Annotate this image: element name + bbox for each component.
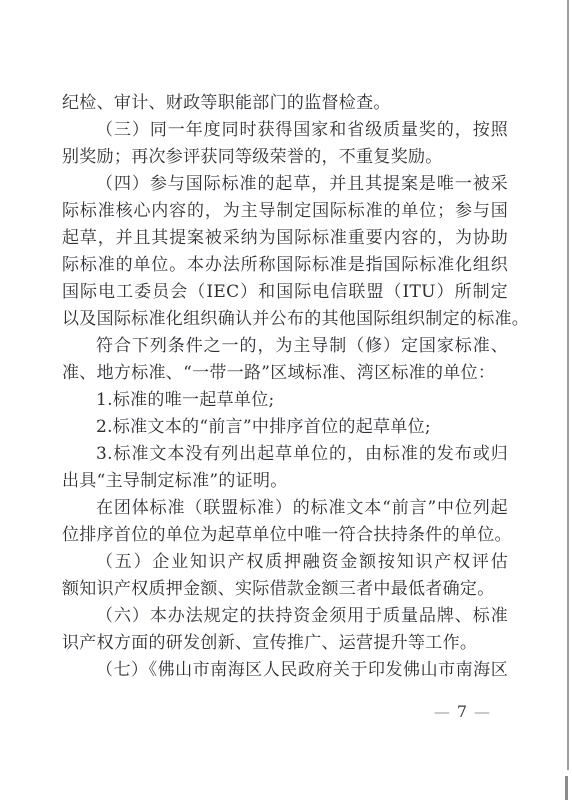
- text-line: （五）企业知识产权质押融资金额按知识产权评估值、最高: [62, 549, 508, 576]
- page-edge-line: [567, 0, 569, 770]
- text-line: 在团体标准（联盟标准）的标准文本“前言”中位列起草单: [62, 495, 508, 522]
- text-line: 符合下列条件之一的，为主导制（修）定国家标准、行业标: [62, 333, 508, 360]
- text-line: 3.标准文本没有列出起草单位的，由标准的发布或归口单位: [62, 441, 508, 468]
- text-line: 1.标准的唯一起草单位;: [62, 387, 508, 414]
- text-line: 以及国际标准化组织确认并公布的其他国际组织制定的标准。: [62, 306, 508, 333]
- text-line: 识产权方面的研发创新、宣传推广、运营提升等工作。: [62, 630, 508, 657]
- text-line: 准、地方标准、“一带一路”区域标准、湾区标准的单位：: [62, 360, 508, 387]
- document-text: 纪检、审计、财政等职能部门的监督检查。（三）同一年度同时获得国家和省级质量奖的，…: [62, 90, 508, 684]
- text-line: （三）同一年度同时获得国家和省级质量奖的，按照最高级: [62, 117, 508, 144]
- text-line: 位排序首位的单位为起草单位中唯一符合扶持条件的单位。: [62, 522, 508, 549]
- page-edge-line-bottom: [565, 776, 568, 800]
- text-line: 额知识产权质押金额、实际借款金额三者中最低者确定。: [62, 576, 508, 603]
- text-line: （六）本办法规定的扶持资金须用于质量品牌、标准化、知: [62, 603, 508, 630]
- text-line: 际标准核心内容的，为主导制定国际标准的单位；参与国际标准: [62, 198, 508, 225]
- text-line: 别奖励；再次参评获同等级荣誉的，不重复奖励。: [62, 144, 508, 171]
- page-footer: — 7 —: [434, 702, 490, 722]
- text-line: 起草，并且其提案被采纳为国际标准重要内容的，为协助制定国: [62, 225, 508, 252]
- text-line: 出具“主导制定标准”的证明。: [62, 468, 508, 495]
- text-line: 2.标准文本的“前言”中排序首位的起草单位;: [62, 414, 508, 441]
- footer-dash-right: —: [474, 702, 490, 722]
- text-line: 际标准的单位。本办法所称国际标准是指国际标准化组织（ISO）、: [62, 252, 508, 279]
- text-line: 纪检、审计、财政等职能部门的监督检查。: [62, 90, 508, 117]
- text-line: 国际电工委员会（IEC）和国际电信联盟（ITU）所制定的标准，: [62, 279, 508, 306]
- footer-dash-left: —: [434, 702, 450, 722]
- text-line: （七）《佛山市南海区人民政府关于印发佛山市南海区促进: [62, 657, 508, 684]
- page-number: 7: [457, 702, 467, 722]
- text-line: （四）参与国际标准的起草，并且其提案是唯一被采纳为国: [62, 171, 508, 198]
